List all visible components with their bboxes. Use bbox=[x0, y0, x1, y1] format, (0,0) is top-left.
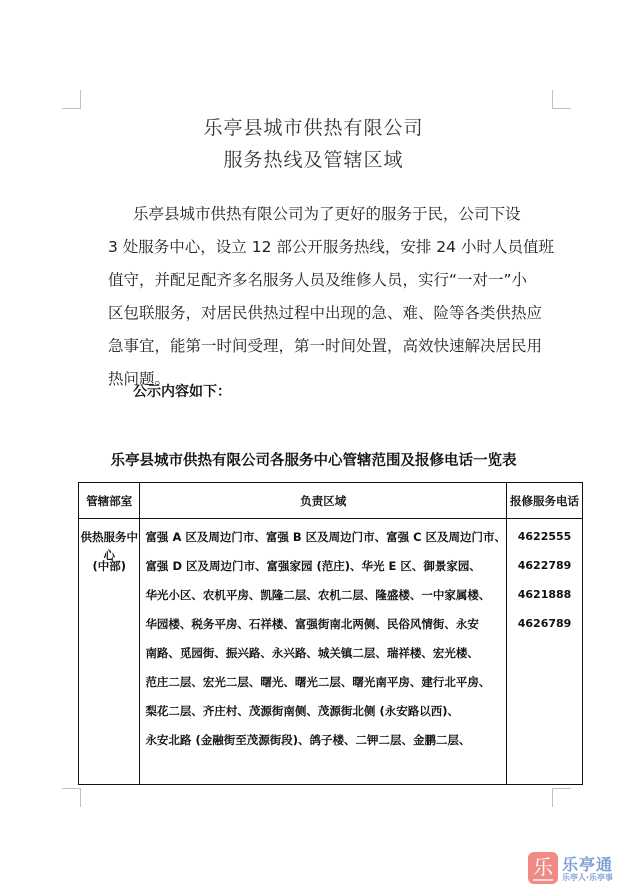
paragraph-line: 区包联服务，对居民供热过程中出现的急、难、险等各类供热应 bbox=[108, 297, 584, 330]
logo-badge-icon: 乐 bbox=[528, 852, 558, 884]
paragraph-line: 值守，并配足配齐多名服务人员及维修人员，实行“一对一”小 bbox=[108, 264, 584, 297]
crop-mark-bottom-left bbox=[62, 788, 81, 807]
paragraph-line: 3 处服务中心，设立 12 部公开服务热线，安排 24 小时人员值班 bbox=[108, 231, 584, 264]
intro-paragraph: 乐亭县城市供热有限公司为了更好的服务于民，公司下设 3 处服务中心，设立 12 … bbox=[108, 198, 584, 396]
phone-number: 4622789 bbox=[507, 557, 582, 586]
watermark-logo: 乐 乐亭通 乐亭人·乐亭事 bbox=[528, 852, 620, 888]
header-phone: 报修服务电话 bbox=[507, 483, 583, 519]
phone-number: 4622555 bbox=[507, 528, 582, 557]
area-line: 南路、觅园街、振兴路、永兴路、城关镇二层、瑞祥楼、宏光楼、 bbox=[145, 644, 506, 673]
logo-badge-glyph: 乐 bbox=[533, 855, 553, 879]
crop-mark-top-right bbox=[552, 90, 571, 109]
phone-number: 4626789 bbox=[507, 615, 582, 644]
area-line: 永安北路 (金融街至茂源街段)、鸽子楼、二钾二层、金鹏二层、 bbox=[145, 731, 506, 760]
logo-slogan: 乐亭人·乐亭事 bbox=[562, 872, 613, 883]
area-line: 华光小区、农机平房、凯隆二层、农机二层、隆盛楼、一中家属楼、 bbox=[145, 586, 506, 615]
area-cell: 富强 A 区及周边门市、富强 B 区及周边门市、富强 C 区及周边门市、 富强 … bbox=[140, 519, 507, 785]
document-title: 乐亭县城市供热有限公司 bbox=[0, 113, 627, 140]
phone-number: 4621888 bbox=[507, 586, 582, 615]
table-title: 乐亭县城市供热有限公司各服务中心管辖范围及报修电话一览表 bbox=[0, 449, 627, 470]
area-line: 范庄二层、宏光二层、曙光、曙光二层、曙光南平房、建行北平房、 bbox=[145, 673, 506, 702]
department-region: (中部) bbox=[79, 557, 139, 586]
service-area-table: 管辖部室 负责区域 报修服务电话 供热服务中心 (中部) 富强 A 区及周边门市… bbox=[78, 482, 583, 785]
document-page: 乐亭县城市供热有限公司 服务热线及管辖区域 乐亭县城市供热有限公司为了更好的服务… bbox=[0, 0, 627, 893]
phone-cell: 4622555 4622789 4621888 4626789 bbox=[507, 519, 583, 785]
department-cell: 供热服务中心 (中部) bbox=[79, 519, 140, 785]
area-line: 华园楼、税务平房、石祥楼、富强街南北两侧、民俗风情街、永安 bbox=[145, 615, 506, 644]
department-name: 供热服务中心 bbox=[79, 528, 139, 557]
notice-label: 公示内容如下： bbox=[133, 381, 231, 401]
area-line: 富强 A 区及周边门市、富强 B 区及周边门市、富强 C 区及周边门市、 bbox=[145, 528, 506, 557]
header-department: 管辖部室 bbox=[79, 483, 140, 519]
header-area: 负责区域 bbox=[140, 483, 507, 519]
table-header-row: 管辖部室 负责区域 报修服务电话 bbox=[79, 483, 583, 519]
area-line: 梨花二层、齐庄村、茂源街南侧、茂源街北侧 (永安路以西)、 bbox=[145, 702, 506, 731]
area-line: 富强 D 区及周边门市、富强家园 (范庄)、华光 E 区、御景家园、 bbox=[145, 557, 506, 586]
paragraph-line: 乐亭县城市供热有限公司为了更好的服务于民，公司下设 bbox=[108, 198, 584, 231]
paragraph-line: 急事宜，能第一时间受理，第一时间处置，高效快速解决居民用 bbox=[108, 330, 584, 363]
crop-mark-bottom-right bbox=[552, 788, 571, 807]
crop-mark-top-left bbox=[62, 90, 81, 109]
document-subtitle: 服务热线及管辖区域 bbox=[0, 145, 627, 172]
table-row: 供热服务中心 (中部) 富强 A 区及周边门市、富强 B 区及周边门市、富强 C… bbox=[79, 519, 583, 785]
